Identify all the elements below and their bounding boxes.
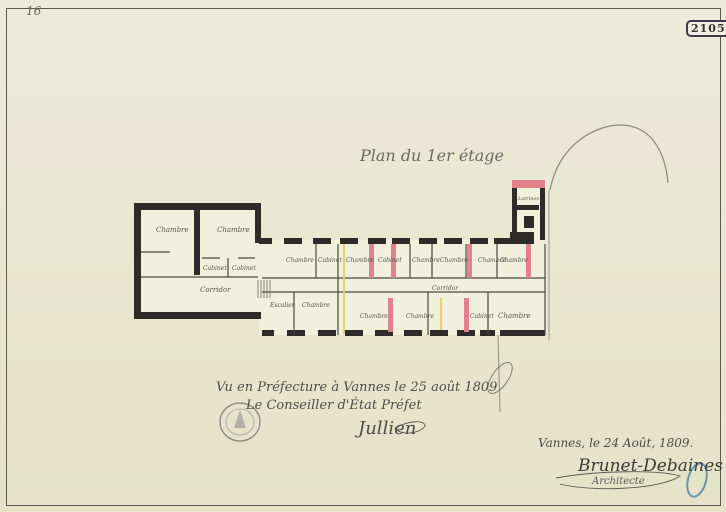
room-label: Chambre xyxy=(156,226,189,234)
room-label: Chambre xyxy=(286,257,314,264)
room-label: Cabinet xyxy=(378,257,402,264)
room-label: Chambre xyxy=(440,257,468,264)
room-label: Chambre xyxy=(500,257,528,264)
prefecture-visa-line1: Vu en Préfecture à Vannes le 25 août 180… xyxy=(216,380,497,395)
architect-signature: Brunet-Debaines xyxy=(578,456,723,476)
prefecture-visa-line2: Le Conseiller d'État Préfet xyxy=(246,398,422,413)
room-label: Escalier xyxy=(269,302,296,309)
room-label: Chambre xyxy=(346,257,374,264)
room-label: Cabinet xyxy=(318,257,342,264)
room-label: Chambre xyxy=(406,313,434,320)
pencil-line xyxy=(498,335,500,412)
room-label: Cabinet xyxy=(203,265,227,272)
prefect-signature: Jullien xyxy=(358,418,416,439)
room-label: Corridor xyxy=(200,286,231,294)
room-label: Chambre xyxy=(302,302,330,309)
room-label: Corridor xyxy=(432,285,459,292)
room-label: Chambre xyxy=(360,313,388,320)
pencil-arch xyxy=(550,125,668,190)
room-label: Latrines xyxy=(517,196,539,202)
room-label: Chambre xyxy=(498,312,531,320)
architect-date-line: Vannes, le 24 Août, 1809. xyxy=(538,436,693,450)
room-label: Chambre xyxy=(217,226,250,234)
architect-role: Architecte xyxy=(592,476,645,487)
room-label: Cabinet xyxy=(470,313,494,320)
room-label: Chambre xyxy=(412,257,440,264)
plan-sheet: 16 2105 Plan du 1er étage xyxy=(0,0,726,512)
room-label: Cabinet xyxy=(232,265,256,272)
